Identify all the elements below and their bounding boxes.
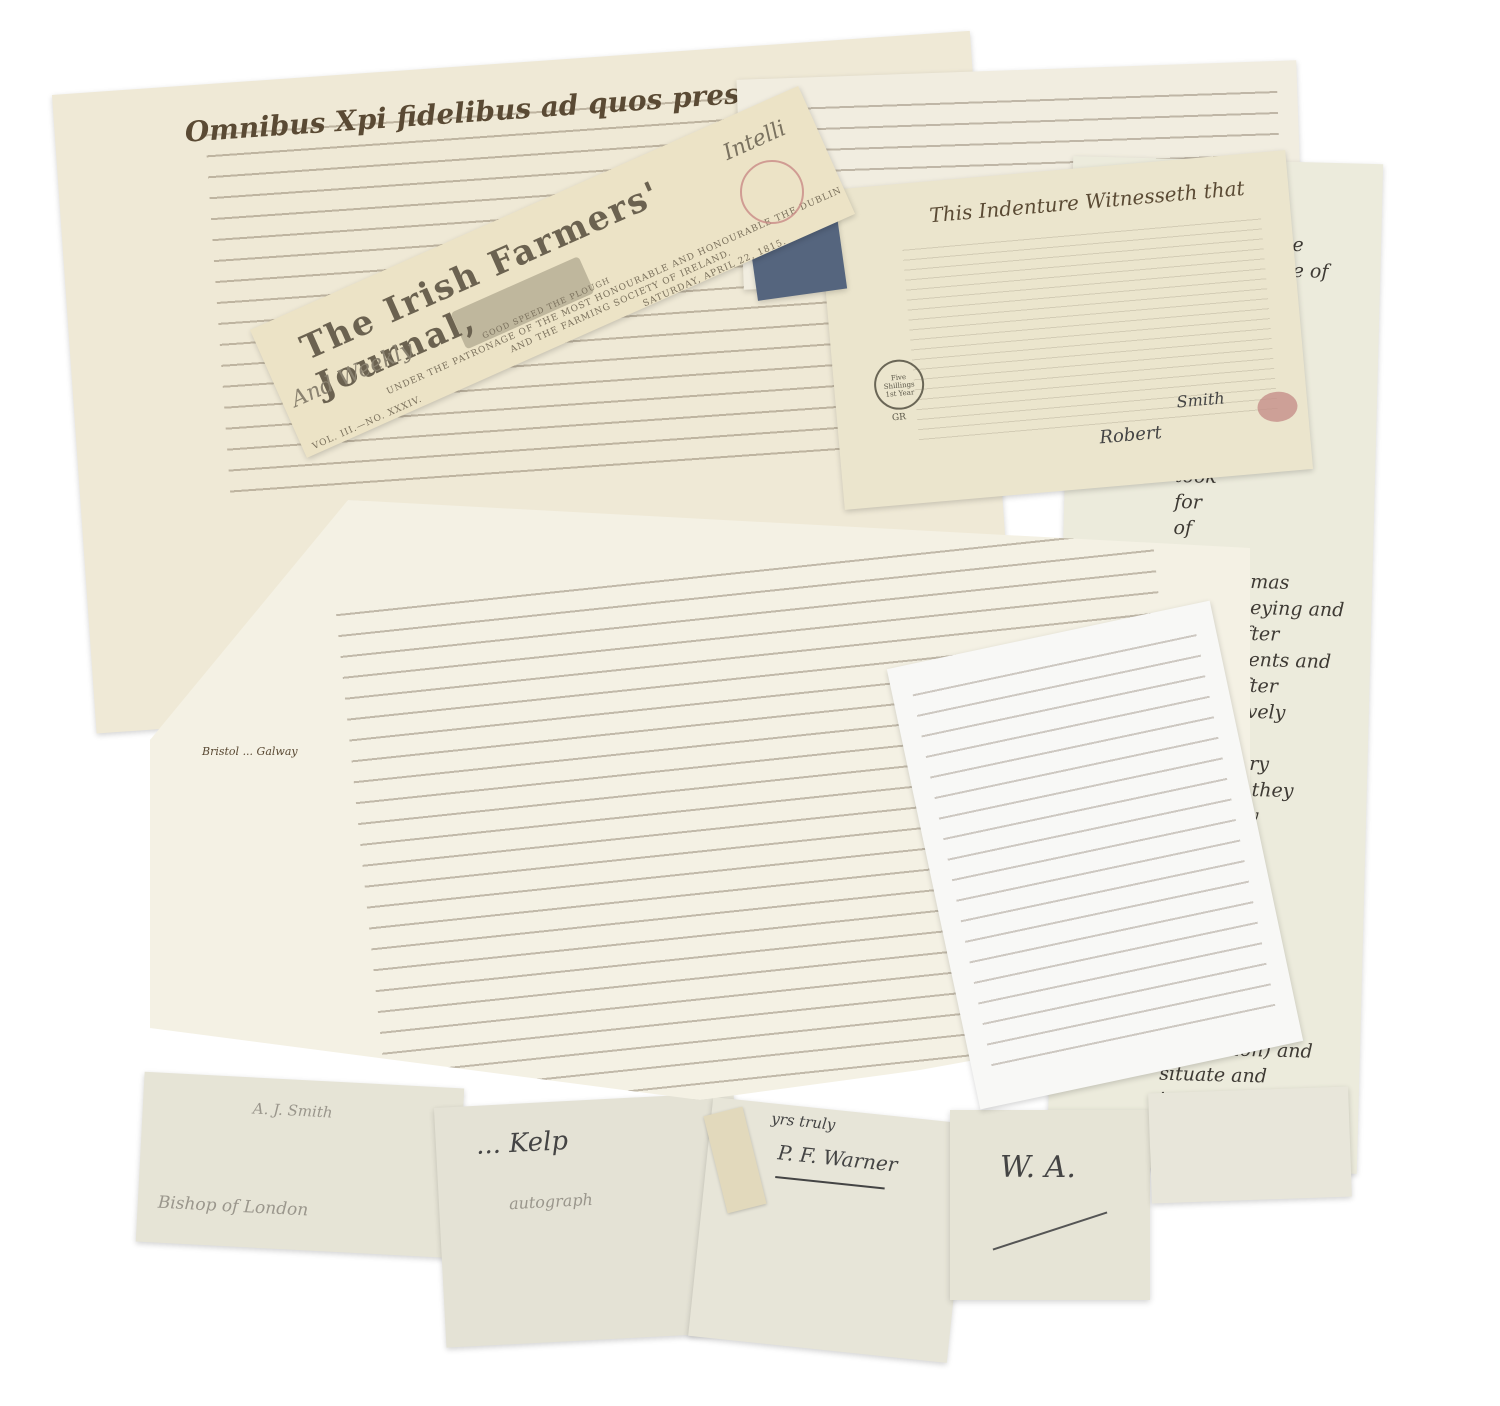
signature-center: P. F. Warner — [777, 1140, 899, 1176]
indenture-signature-1: Robert — [1099, 422, 1163, 448]
signature-prefix: yrs truly — [770, 1109, 836, 1134]
revenue-stamp-text: Five Shillings 1st Year — [877, 372, 921, 400]
pencil-initials: A. J. Smith — [252, 1099, 333, 1121]
bottom-card-left: A. J. Smith Bishop of London — [136, 1072, 464, 1259]
signature-right: W. A. — [1000, 1150, 1076, 1185]
signature-flourish — [993, 1212, 1108, 1251]
signature-left: ... Kelp — [475, 1126, 569, 1161]
signature-underline — [775, 1176, 885, 1189]
revenue-stamp-mark: GR — [892, 412, 907, 423]
bottom-card-far-right — [1148, 1087, 1352, 1204]
marginal-note: Bristol ... Galway — [202, 745, 298, 758]
red-postmark-seal — [740, 160, 804, 224]
indenture-print — [902, 213, 1278, 444]
bottom-card-right: W. A. — [950, 1110, 1150, 1300]
pencil-note-bishop: Bishop of London — [157, 1193, 308, 1221]
pencil-note-autograph: autograph — [509, 1190, 594, 1213]
indenture-sheet: This Indenture Witnesseth that Five Shil… — [817, 150, 1313, 510]
white-panel-script — [911, 624, 1278, 1076]
